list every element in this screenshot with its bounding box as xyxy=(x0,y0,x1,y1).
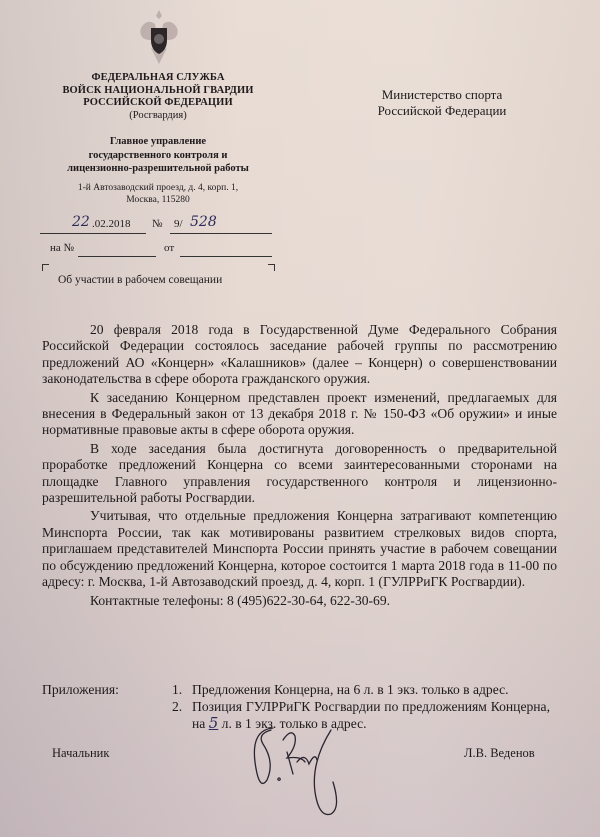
registration-date-number: 22 .02.2018 № 9/ 528 xyxy=(40,216,276,236)
address-line-1: 1-й Автозаводский проезд, д. 4, корп. 1, xyxy=(40,182,276,194)
letterhead: ФЕДЕРАЛЬНАЯ СЛУЖБА ВОЙСК НАЦИОНАЛЬНОЙ ГВ… xyxy=(40,72,276,206)
dept-line-1: Главное управление xyxy=(40,135,276,149)
subject-corner-left xyxy=(42,264,49,271)
handwritten-signature-icon xyxy=(245,722,365,822)
paragraph-4: Учитывая, что отдельные предложения Конц… xyxy=(42,508,557,590)
attachment-text: Предложения Концерна, на 6 л. в 1 экз. т… xyxy=(192,682,509,698)
double-headed-eagle-emblem-icon xyxy=(137,8,181,68)
number-label: № xyxy=(152,218,163,230)
subject-line: Об участии в рабочем совещании xyxy=(58,274,222,286)
dept-line-3: лицензионно-разрешительной работы xyxy=(40,162,276,176)
reply-to-label: на № xyxy=(50,242,74,254)
subject-corner-right xyxy=(268,264,275,271)
org-name-line-1: ФЕДЕРАЛЬНАЯ СЛУЖБА xyxy=(40,72,276,85)
sheet-count-handwritten: 5 xyxy=(209,714,219,732)
attachments-label: Приложения: xyxy=(42,682,119,698)
recipient-line-2: Российской Федерации xyxy=(352,103,532,119)
recipient: Министерство спорта Российской Федерации xyxy=(352,87,532,119)
org-short-name: (Росгвардия) xyxy=(40,110,276,123)
department-name: Главное управление государственного конт… xyxy=(40,135,276,176)
contact-phones: Контактные телефоны: 8 (495)622-30-64, 6… xyxy=(42,593,557,609)
letter-body: 20 февраля 2018 года в Государственной Д… xyxy=(42,322,557,611)
reply-reference: на № от xyxy=(40,240,276,260)
number-handwritten: 528 xyxy=(190,214,217,230)
attachment-num: 1. xyxy=(172,682,182,698)
signer-position: Начальник xyxy=(52,746,109,761)
date-month-year: .02.2018 xyxy=(92,218,131,230)
address: 1-й Автозаводский проезд, д. 4, корп. 1,… xyxy=(40,182,276,206)
from-label: от xyxy=(164,242,174,254)
signer-name: Л.В. Веденов xyxy=(464,746,535,761)
date-day-handwritten: 22 xyxy=(72,214,90,230)
number-prefix: 9/ xyxy=(174,218,183,230)
paragraph-3: В ходе заседания была достигнута договор… xyxy=(42,441,557,507)
recipient-line-1: Министерство спорта xyxy=(352,87,532,103)
paragraph-2: К заседанию Концерном представлен проект… xyxy=(42,390,557,439)
org-name-line-2: ВОЙСК НАЦИОНАЛЬНОЙ ГВАРДИИ xyxy=(40,85,276,98)
dept-line-2: государственного контроля и xyxy=(40,149,276,163)
attachment-num: 2. xyxy=(172,699,182,715)
paragraph-1: 20 февраля 2018 года в Государственной Д… xyxy=(42,322,557,388)
address-line-2: Москва, 115280 xyxy=(40,194,276,206)
org-name-line-3: РОССИЙСКОЙ ФЕДЕРАЦИИ xyxy=(40,97,276,110)
